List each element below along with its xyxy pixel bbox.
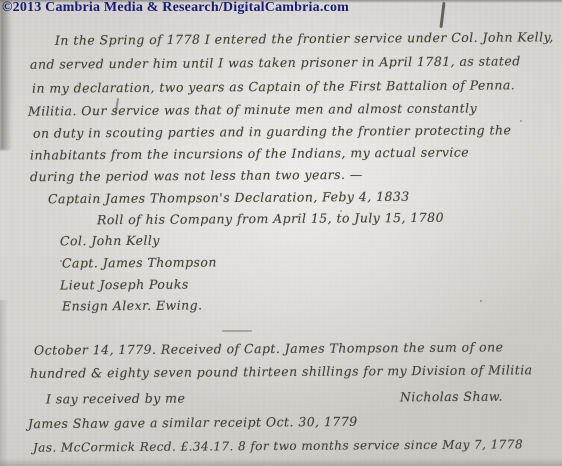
declaration-attribution: Captain James Thompson's Declaration, Fe… (48, 189, 410, 207)
receipt-line: October 14, 1779. Received of Capt. Jame… (34, 339, 504, 357)
ink-mark (222, 330, 252, 332)
copyright-watermark: ©2013 Cambria Media & Research/DigitalCa… (2, 0, 349, 16)
paper-speck (520, 120, 522, 122)
receipt-line: hundred & eighty seven pound thirteen sh… (30, 362, 533, 381)
ink-mark (439, 2, 445, 28)
scan-edge-left-lower (0, 300, 8, 466)
similar-receipt-line: James Shaw gave a similar receipt Oct. 3… (28, 414, 358, 431)
roll-name: Col. John Kelly (60, 233, 160, 249)
handwritten-line: inhabitants from the incursions of the I… (30, 144, 469, 162)
receipt-signature: Nicholas Shaw. (400, 389, 503, 405)
mccormick-receipt-line: Jas. McCormick Recd. £.34.17. 8 for two … (33, 437, 523, 454)
handwritten-line: and served under him until I was taken p… (30, 53, 521, 71)
handwritten-line: during the period was not less than two … (30, 167, 363, 184)
scan-edge-bottom (0, 458, 562, 466)
handwritten-line: in my declaration, two years as Captain … (32, 77, 515, 95)
roll-heading: Roll of his Company from April 15, to Ju… (97, 210, 444, 227)
paper-speck (480, 300, 482, 302)
receipt-received-by: I say received by me (46, 391, 185, 407)
scanned-document: ©2013 Cambria Media & Research/DigitalCa… (0, 0, 562, 466)
handwritten-line: In the Spring of 1778 I entered the fron… (55, 29, 554, 47)
roll-name: Lieut Joseph Pouks (60, 277, 189, 293)
roll-name: Capt. James Thompson (62, 254, 217, 270)
scan-edge-left (0, 0, 12, 150)
handwritten-line: on duty in scouting parties and in guard… (33, 122, 511, 140)
roll-name: Ensign Alexr. Ewing. (62, 298, 203, 314)
handwritten-line: Militia. Our service was that of minute … (28, 100, 477, 118)
